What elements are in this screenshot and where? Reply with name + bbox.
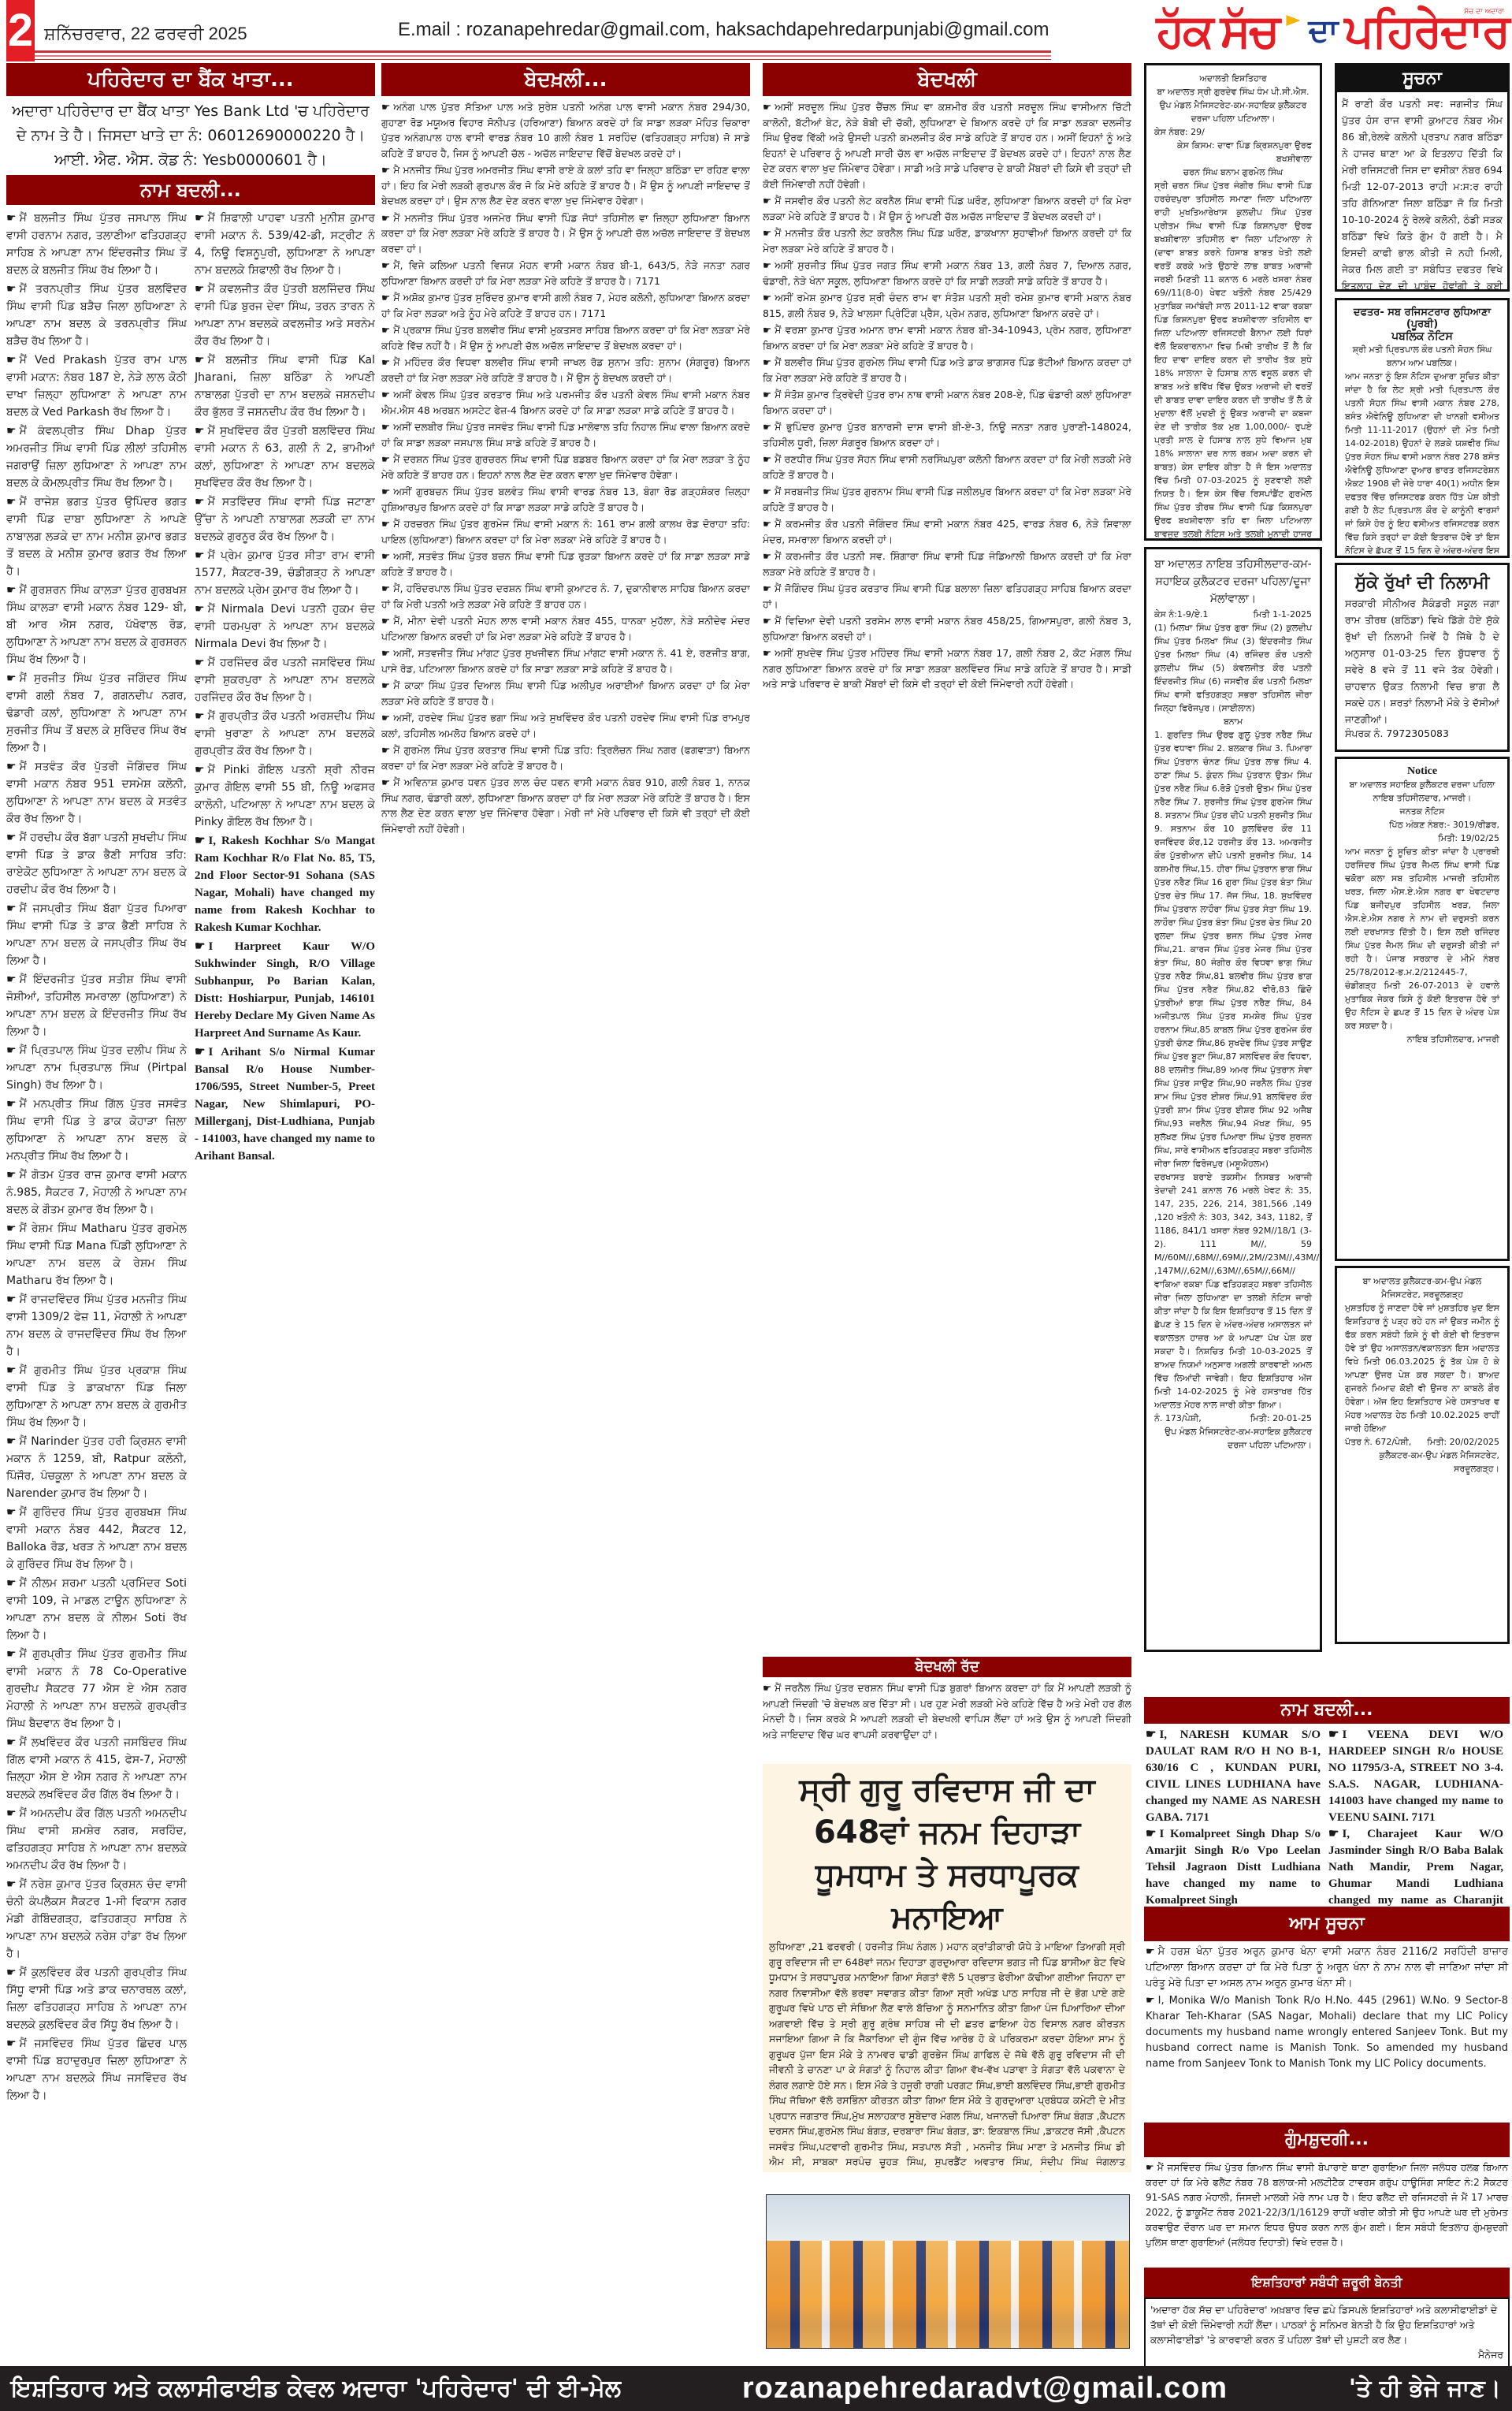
- pointing-hand-icon: ☛: [195, 283, 205, 296]
- list-item: ☛ਮੈਂ Nirmala Devi ਪਤਨੀ ਹੁਕਮ ਚੰਦ ਵਾਸੀ ਧਰਮ…: [195, 601, 375, 653]
- list-item: ☛ਮੈ ਮਨਜੀਤ ਸਿੰਘ ਪੁੱਤਰ ਅਮਰਜੀਤ ਸਿੰਘ ਵਾਸੀ ਰਾ…: [381, 162, 750, 209]
- list-item: ☛ਮੈਂ ਗੁਰਪ੍ਰੀਤ ਕੌਰ ਪਤਨੀ ਅਰਸ਼ਦੀਪ ਸਿੰਘ ਵਾਸੀ…: [195, 708, 375, 760]
- list-item: ☛ਅਸੀਂ, ਸਤਵਜੀਤ ਸਿੰਘ ਮਾਂਗਟ ਪੁੱਤਰ ਸੁਖਜੀਵਨ ਸ…: [381, 646, 750, 676]
- list-item: ☛ਮੈਂ ਅਸ਼ੋਕ ਕੁਮਾਰ ਪੁੱਤਰ ਸੁਰਿੰਦਰ ਕੁਮਾਰ ਵਾਸ…: [381, 290, 750, 321]
- list-item: ☛ਮੈਂ ਗੁਰਮੀਤ ਸਿੰਘ ਪੁੱਤਰ ਪ੍ਰਕਾਸ਼ ਸਿੰਘ ਵਾਸੀ…: [6, 1362, 187, 1431]
- soochna-notice: ਸੂਚਨਾ ਮੈਂ ਰਾਣੀ ਕੌਰ ਪਤਨੀ ਸਵ: ਜਗਜੀਤ ਸਿੰਘ ਪ…: [1335, 63, 1510, 292]
- pointing-hand-icon: ☛: [763, 1682, 771, 1694]
- court-notice-2: ਬਾ ਅਦਾਲਤ ਨਾਇਬ ਤਹਿਸੀਲਦਾਰ-ਕਮ-ਸਹਾਇਕ ਕੁਲੈਕਟਰ…: [1144, 547, 1322, 1652]
- disinheritance-list: ☛ਅਨੰਗ ਪਾਲ ਪੁੱਤਰ ਸੱਤਿਆ ਪਾਲ ਅਤੇ ਸੁਰੇਸ਼ ਪਤਨ…: [381, 96, 750, 2358]
- news-photo: [766, 2194, 1130, 2349]
- court-notice-majri: Notice ਬਾ ਅਦਾਲਤ ਸਹਾਇਕ ਕੁਲੈਕਟਰ ਦਰਜਾ ਪਹਿਲਾ…: [1335, 757, 1510, 1261]
- section-header-bank: ਪਹਿਰੇਦਾਰ ਦਾ ਬੈਂਕ ਖਾਤਾ...: [6, 63, 375, 96]
- section-header-disinheritance-2: ਬੇਦਖਲੀ: [763, 63, 1131, 96]
- pointing-hand-icon: ☛: [763, 101, 771, 113]
- list-item: ☛ਮੈਂ ਬਲਜੀਤ ਸਿੰਘ ਪੁੱਤਰ ਜਸਪਾਲ ਸਿੰਘ ਵਾਸੀ ਹਰ…: [6, 210, 187, 279]
- pointing-hand-icon: ☛: [195, 354, 205, 366]
- list-item: ☛ਮੈਂ ਗੋਤਮ ਪੁੱਤਰ ਰਾਜ ਕੁਮਾਰ ਵਾਸੀ ਮਕਾਨ ਨੰ.9…: [6, 1166, 187, 1219]
- pointing-hand-icon: ☛: [6, 1435, 17, 1448]
- pointing-hand-icon: ☛: [763, 550, 771, 562]
- list-item: ☛ਮੈਂ Narinder ਪੁੱਤਰ ਹਰੀ ਕ੍ਰਿਸ਼ਨ ਵਾਸੀ ਮਕਾ…: [6, 1433, 187, 1502]
- pointing-hand-icon: ☛: [6, 902, 17, 915]
- pointing-hand-icon: ☛: [381, 292, 390, 303]
- list-item: ☛ਮੈਂ ਜਸਵਿੰਦਰ ਸਿੰਘ ਪੁੱਤਰ ਛਿੰਦਰ ਪਾਲ ਵਾਸੀ ਪ…: [6, 2035, 187, 2104]
- list-item: ☛ਮੈਂ ਕਰਮਜੀਤ ਕੌਰ ਪਤਨੀ ਸਵ. ਸ਼ਿੰਗਾਰਾ ਸਿੰਘ ਵ…: [763, 549, 1131, 579]
- pointing-hand-icon: ☛: [195, 710, 205, 723]
- footer-email-link[interactable]: rozanapehredaradvt@gmail.com: [742, 2372, 1228, 2405]
- pointing-hand-icon: ☛: [6, 212, 17, 225]
- list-item: ☛ਮੈਂ ਸਰਬਜੀਤ ਸਿੰਘ ਪੁੱਤਰ ਗੁਰਨਾਮ ਸਿੰਘ ਵਾਸੀ …: [763, 484, 1131, 515]
- pointing-hand-icon: ☛: [1328, 1828, 1339, 1840]
- list-item: ☛ਮੈ ਹਰਸ਼ ਖੰਨਾ ਪੁੱਤਰ ਅਰੁਨ ਕੁਮਾਰ ਖੰਨਾ ਵਾਸੀ…: [1146, 1944, 1508, 1992]
- pointing-hand-icon: ☛: [195, 212, 205, 225]
- pointing-hand-icon: ☛: [381, 389, 390, 400]
- list-item: ☛I Arihant S/o Nirmal Kumar Bansal R/o H…: [195, 1044, 375, 1165]
- pointing-hand-icon: ☛: [763, 647, 771, 659]
- list-item: ☛ਮੈਂ ਨਰੇਸ਼ ਕੁਮਾਰ ਪੁੱਤਰ ਕ੍ਰਿਸ਼ਨ ਚੰਦ ਵਾਸੀ …: [6, 1876, 187, 1963]
- pointing-hand-icon: ☛: [6, 832, 17, 844]
- list-item: ☛ਮੈਂ ਸੁਰਜੀਤ ਸਿੰਘ ਪੁੱਤਰ ਜਗਿੰਦਰ ਸਿੰਘ ਵਾਸੀ …: [6, 670, 187, 757]
- column-disinheritance-2: ਬੇਦਖਲੀ ☛ਅਸੀਂ ਸਰਦੂਲ ਸਿੰਘ ਪੁੱਤਰ ਚੈਂਚਲ ਸਿੰਘ…: [763, 63, 1131, 2172]
- pointing-hand-icon: ☛: [6, 1222, 17, 1235]
- list-item: ☛I Harpreet Kaur W/O Sukhwinder Singh, R…: [195, 938, 375, 1042]
- list-item: ☛ਮੈਂ ਸੰਤੋਸ਼ ਕੁਮਾਰ ਤ੍ਰਿਵੇਦੀ ਪੁੱਤਰ ਰਾਮ ਨਾਥ…: [763, 387, 1131, 418]
- pointing-hand-icon: ☛: [195, 1046, 205, 1059]
- nishan-sahib-flag-icon: [1286, 15, 1300, 47]
- pointing-hand-icon: ☛: [381, 615, 390, 627]
- news-body: ਲੁਧਿਆਣਾ ,21 ਫਰਵਰੀ ( ਹਰਜੀਤ ਸਿੰਘ ਨੰਗਲ ) ਮਹ…: [769, 1939, 1125, 2172]
- pointing-hand-icon: ☛: [763, 615, 771, 627]
- pointing-hand-icon: ☛: [6, 1098, 17, 1111]
- list-item: ☛ਮੈਂ ਕਵਲਜੀਤ ਕੌਰ ਪੁੱਤਰੀ ਬਲਜਿੰਦਰ ਸਿੰਘ ਵਾਸੀ…: [195, 281, 375, 350]
- list-item: ☛ਮੈਂ ਅਮਨਦੀਪ ਕੌਰ ਗਿੱਲ ਪਤਨੀ ਅਮਨਦੀਪ ਸਿੰਘ ਵਾ…: [6, 1805, 187, 1874]
- pointing-hand-icon: ☛: [381, 647, 390, 659]
- pointing-hand-icon: ☛: [381, 453, 390, 465]
- pointing-hand-icon: ☛: [763, 292, 771, 303]
- pointing-hand-icon: ☛: [6, 354, 17, 366]
- column-name-change: ਪਹਿਰੇਦਾਰ ਦਾ ਬੈਂਕ ਖਾਤਾ... ਅਦਾਰਾ ਪਹਿਰੇਦਾਰ …: [6, 63, 375, 2353]
- list-item: ☛ਮੈਂ ਰਾਜੇਸ਼ ਭਗਤ ਪੁੱਤਰ ਉਪਿੰਦਰ ਭਗਤ ਵਾਸੀ ਪਿ…: [6, 493, 187, 580]
- name-change-list-left: ☛ਮੈਂ ਬਲਜੀਤ ਸਿੰਘ ਪੁੱਤਰ ਜਸਪਾਲ ਸਿੰਘ ਵਾਸੀ ਹਰ…: [6, 210, 187, 2353]
- pointing-hand-icon: ☛: [6, 1169, 17, 1181]
- pointing-hand-icon: ☛: [195, 764, 205, 776]
- court-notice-sardulgarh: ਬਾ ਅਦਾਲਤ ਕੁਲੈਕਟਰ-ਕਮ-ਉਪ ਮੰਡਲ ਮੈਜਿਸਟਰੇਟ, ਸ…: [1335, 1266, 1510, 1644]
- english-name-change-right: ☛I VEENA DEVI W/O HARDEEP SINGH R/o HOUS…: [1328, 1727, 1503, 1903]
- pointing-hand-icon: ☛: [6, 584, 17, 597]
- list-item: ☛ਮੈਂ ਕੁਲਵਿੰਦਰ ਕੌਰ ਪਤਨੀ ਗੁਰਪ੍ਰੀਤ ਸਿੰਘ ਸਿੱ…: [6, 1964, 187, 2033]
- pointing-hand-icon: ☛: [1328, 1728, 1339, 1741]
- pointing-hand-icon: ☛: [763, 324, 771, 336]
- footer-suffix: 'ਤੇ ਹੀ ਭੇਜੇ ਜਾਣ।: [1349, 2375, 1501, 2402]
- list-item: ☛ਮੈਂ ਅਵਿਨਾਸ਼ ਕੁਮਾਰ ਧਵਨ ਪੁੱਤਰ ਲਾਲ ਚੰਦ ਧਵਨ…: [381, 775, 750, 836]
- list-item: ☛ਮੈਂ ਸਤਵਿੰਦਰ ਸਿੰਘ ਵਾਸੀ ਪਿੰਡ ਜਟਾਣਾ ਉੱਚਾ ਨ…: [195, 493, 375, 545]
- page-number: 2: [6, 0, 35, 61]
- pointing-hand-icon: ☛: [381, 582, 390, 594]
- list-item: ☛ਮੈਂ ਪ੍ਰਿਤਪਾਲ ਸਿੰਘ ਪੁੱਤਰ ਦਲੀਪ ਸਿੰਘ ਨੇ ਆਪ…: [6, 1042, 187, 1094]
- list-item: ☛ਮੈਂ ਇੰਦਰਜੀਤ ਪੁੱਤਰ ਸਤੀਸ਼ ਸਿੰਘ ਵਾਸੀ ਜੋਸ਼ੀ…: [6, 971, 187, 1040]
- list-item: ☛I, Monika W/o Manish Tonk R/o H.No. 445…: [1146, 1993, 1508, 2072]
- list-item: ☛ਮੈਂ ਗੁਰਸ਼ਰਨ ਸਿੰਘ ਕਾਲੜਾ ਪੁੱਤਰ ਗੁਰਬਖਸ਼ ਸਿ…: [6, 582, 187, 668]
- missing-notice-text: ☛ਮੈਂ ਜਸਵਿੰਦਰ ਸਿੰਘ ਪੁੱਤਰ ਗਿਆਨ ਸਿੰਘ ਵਾਸੀ ਬ…: [1144, 2157, 1510, 2268]
- pointing-hand-icon: ☛: [6, 1878, 17, 1891]
- list-item: ☛I, Charajeet Kaur W/O Jasminder Singh R…: [1328, 1826, 1503, 1907]
- pointing-hand-icon: ☛: [763, 421, 771, 433]
- list-item: ☛ਮੈਂ ਮਨਜੀਤ ਸਿੰਘ ਪੁੱਤਰ ਅਜਮੇਰ ਸਿੰਘ ਵਾਸੀ ਪਿ…: [381, 210, 750, 257]
- pointing-hand-icon: ☛: [381, 101, 390, 113]
- list-item: ☛ਮੈਂ ਲਖਵਿੰਦਰ ਕੌਰ ਪਤਨੀ ਜਸਬਿੰਦਰ ਸਿੰਘ ਗਿੱਲ …: [6, 1734, 187, 1803]
- list-item: ☛ਮੈਂ ਕਾਕਾ ਸਿੰਘ ਪੁੱਤਰ ਦਿਆਲ ਸਿੰਘ ਵਾਸੀ ਪਿੰਡ…: [381, 678, 750, 709]
- pointing-hand-icon: ☛: [195, 940, 205, 953]
- pointing-hand-icon: ☛: [195, 657, 205, 669]
- court-notice-1: ਅਦਾਲਤੀ ਇਸ਼ਤਿਹਾਰ ਬਾ ਅਦਾਲਤ ਸ੍ਰੀ ਗੁਰਦੇਵ ਸਿੰ…: [1144, 63, 1322, 541]
- section-header-name-change: ਨਾਮ ਬਦਲੀ...: [6, 175, 375, 205]
- newspaper-logo: ਹੱਕ ਸੱਚ ਦਾ ਪਹਿਰੇਦਾਰ ਸੱਚ ਦਾ ਅਦਾਰਾ: [1060, 3, 1509, 58]
- pointing-hand-icon: ☛: [381, 259, 390, 271]
- list-item: ☛ਅਸੀਂ ਕੇਵਲ ਸਿੰਘ ਪੁੱਤਰ ਕਰਤਾਰ ਸਿੰਘ ਅਤੇ ਪਰਮ…: [381, 387, 750, 418]
- list-item: ☛ਮੈਂ ਕੰਵਲਪ੍ਰੀਤ ਸਿੰਘ Dhap ਪੁੱਤਰ ਅਮਰਜੀਤ ਸਿ…: [6, 422, 187, 492]
- list-item: ☛ਮੈਂ ਨੀਲਮ ਸ਼ਰਮਾ ਪਤਨੀ ਪ੍ਰਮਿੰਦਰ Soti ਵਾਸੀ …: [6, 1575, 187, 1644]
- header-rule: [35, 55, 1051, 57]
- pointing-hand-icon: ☛: [6, 1293, 17, 1306]
- list-item: ☛ਅਸੀਂ ਗੁਰਬਚਨ ਸਿੰਘ ਪੁੱਤਰ ਬਲਵੰਤ ਸਿੰਘ ਵਾਸੀ …: [381, 484, 750, 515]
- pointing-hand-icon: ☛: [763, 389, 771, 400]
- pointing-hand-icon: ☛: [381, 712, 390, 724]
- masthead: 2 ਸ਼ਨਿੱਚਰਵਾਰ, 22 ਫਰਵਰੀ 2025 E.mail : roz…: [0, 0, 1512, 61]
- list-item: ☛ਮੈਂ Pinki ਗੋਇਲ ਪਤਨੀ ਸ਼੍ਰੀ ਨੀਰਜ ਕੁਮਾਰ ਗੋ…: [195, 761, 375, 831]
- list-item: ☛I, Rakesh Kochhar S/o Mangat Ram Kochha…: [195, 832, 375, 936]
- list-item: ☛ਮੈਂ ਕਰਮਜੀਤ ਕੌਰ ਪਤਨੀ ਜੋਗਿੰਦਰ ਸਿੰਘ ਵਾਸੀ ਮ…: [763, 516, 1131, 547]
- pointing-hand-icon: ☛: [6, 2037, 17, 2050]
- column-disinheritance: ਬੇਦਖ਼ਲੀ... ☛ਅਨੰਗ ਪਾਲ ਪੁੱਤਰ ਸੱਤਿਆ ਪਾਲ ਅਤੇ…: [381, 63, 750, 2358]
- list-item: ☛ਮੈਂ Ved Prakash ਪੁੱਤਰ ਰਾਮ ਪਾਲ ਵਾਸੀ ਮਕਾਨ…: [6, 352, 187, 421]
- pointing-hand-icon: ☛: [6, 1736, 17, 1749]
- list-item: ☛ਮੈਂ, ਵਿਜੇ ਕਲਿਆ ਪਤਨੀ ਵਿਜਯ ਮੋਹਨ ਵਾਸੀ ਮਕਾਨ…: [381, 258, 750, 288]
- section-header-general-notice: ਆਮ ਸੂਚਨਾ: [1144, 1907, 1510, 1941]
- list-item: ☛ਮੈਂ ਰਾਜਦਵਿੰਦਰ ਸਿੰਘ ਪੁੱਤਰ ਮਨਜੀਤ ਸਿੰਘ ਵਾਸ…: [6, 1291, 187, 1360]
- list-item: ☛ਮੈਂ ਗੁਰਮੇਲ ਸਿੰਘ ਪੁੱਤਰ ਕਰਤਾਰ ਸਿੰਘ ਵਾਸੀ ਪ…: [381, 742, 750, 773]
- pointing-hand-icon: ☛: [381, 421, 390, 433]
- list-item: ☛ਮੈਂ ਰਣਧੀਰ ਸਿੰਘ ਪੁੱਤਰ ਸੋਹਨ ਸਿੰਘ ਵਾਸੀ ਨਰਸ…: [763, 452, 1131, 482]
- section-header-revocation: ਬੇਦਖਲੀ ਰੱਦ: [763, 1657, 1131, 1677]
- pointing-hand-icon: ☛: [6, 1648, 17, 1661]
- logo-tagline: ਸੱਚ ਦਾ ਅਦਾਰਾ: [1464, 8, 1504, 16]
- list-item: ☛ਮੈਂ ਸਤਵੰਤ ਕੌਰ ਪੁੱਤਰੀ ਜੋਗਿੰਦਰ ਸਿੰਘ ਵਾਸੀ …: [6, 758, 187, 828]
- pointing-hand-icon: ☛: [763, 356, 771, 368]
- name-change-list-right: ☛ਮੈਂ ਸ਼ਿਫਾਲੀ ਪਾਹਵਾ ਪਤਨੀ ਮੁਨੀਸ਼ ਕੁਮਾਰ ਵਾਸ…: [195, 210, 375, 2353]
- section-header-name-change-english: ਨਾਮ ਬਦਲੀ...: [1144, 1697, 1510, 1724]
- pointing-hand-icon: ☛: [6, 973, 17, 986]
- list-item: ☛ਮੈਂ ਜਸਪ੍ਰੀਤ ਸਿੰਘ ਬੱਗਾ ਪੁੱਤਰ ਪਿਆਰਾ ਸਿੰਘ …: [6, 900, 187, 969]
- pointing-hand-icon: ☛: [381, 550, 390, 562]
- disclaimer-box: 'ਅਦਾਰਾ ਹੱਕ ਸੱਚ ਦਾ ਪਹਿਰੇਦਾਰ' ਅਖ਼ਬਾਰ ਵਿਚ ਛ…: [1144, 2298, 1510, 2376]
- contact-emails: E.mail : rozanapehredar@gmail.com, haksa…: [398, 19, 1049, 41]
- pointing-hand-icon: ☛: [6, 496, 17, 508]
- pointing-hand-icon: ☛: [195, 425, 205, 437]
- list-item: ☛ਮੈਂ ਗੁਰਿੰਦਰ ਸਿੰਘ ਪੁੱਤਰ ਗੁਰਬਖਸ਼ ਸਿੰਘ ਵਾਸ…: [6, 1504, 187, 1573]
- list-item: ☛ਅਸੀਂ ਸੁਖਦੇਵ ਸਿੰਘ ਪੁੱਤਰ ਮਹਿੰਦਰ ਸਿੰਘ ਵਾਸੀ…: [763, 646, 1131, 692]
- list-item: ☛ਮੈਂ ਹਰਚਰਨ ਸਿੰਘ ਪੁੱਤਰ ਗੁਰਮੇਜ ਸਿੰਘ ਵਾਸੀ ਮ…: [381, 516, 750, 547]
- pointing-hand-icon: ☛: [6, 425, 17, 437]
- column-court-notices: ਅਦਾਲਤੀ ਇਸ਼ਤਿਹਾਰ ਬਾ ਅਦਾਲਤ ਸ੍ਰੀ ਗੁਰਦੇਵ ਸਿੰ…: [1144, 63, 1322, 1652]
- list-item: ☛ਅਸੀਂ ਸਰਦੂਲ ਸਿੰਘ ਪੁੱਤਰ ਚੈਂਚਲ ਸਿੰਘ ਵਾ ਕਸ਼…: [763, 99, 1131, 192]
- pointing-hand-icon: ☛: [1146, 2162, 1154, 2173]
- list-item: ☛I, NARESH KUMAR S/O DAULAT RAM R/O H NO…: [1146, 1727, 1321, 1826]
- pointing-hand-icon: ☛: [1146, 1828, 1156, 1840]
- list-item: ☛I VEENA DEVI W/O HARDEEP SINGH R/o HOUS…: [1328, 1727, 1503, 1826]
- pointing-hand-icon: ☛: [6, 1364, 17, 1377]
- list-item: ☛ਮੈਂ ਤਰਨਪ੍ਰੀਤ ਸਿੰਘ ਪੁੱਤਰ ਬਲਵਿੰਦਰ ਸਿੰਘ ਵਾ…: [6, 281, 187, 350]
- list-item: ☛ਮੈਂ ਪ੍ਰਕਾਸ਼ ਸਿੰਘ ਪੁੱਤਰ ਬਲਵੀਰ ਸਿੰਘ ਵਾਸੀ …: [381, 322, 750, 353]
- list-item: ☛ਮੈਂ ਵਿਦਿਆ ਦੇਵੀ ਪਤਨੀ ਤਰਸੇਮ ਲਾਲ ਵਾਸੀ ਮਕਾਨ…: [763, 613, 1131, 644]
- header-rule: [35, 59, 1051, 60]
- pointing-hand-icon: ☛: [195, 603, 205, 616]
- pointing-hand-icon: ☛: [381, 679, 390, 691]
- list-item: ☛ਮੈਂ ਮਹਿੰਦਰ ਕੌਰ ਵਿਧਵਾ ਬਲਵੀਰ ਸਿੰਘ ਵਾਸੀ ਜਾ…: [381, 355, 750, 385]
- list-item: ☛ਮੈਂ ਜੋਗਿੰਦਰ ਸਿੰਘ ਪੁੱਤਰ ਕਰਤਾਰ ਸਿੰਘ ਵਾਸੀ …: [763, 581, 1131, 612]
- pointing-hand-icon: ☛: [195, 835, 205, 847]
- pointing-hand-icon: ☛: [1146, 1946, 1155, 1958]
- pointing-hand-icon: ☛: [381, 486, 390, 497]
- list-item: ☛ਅਸੀਂ ਸੁਰਜੀਤ ਸਿੰਘ ਪੁੱਤਰ ਜਗਤ ਸਿੰਘ ਵਾਸੀ ਮਕ…: [763, 258, 1131, 288]
- section-header-disclaimer: ਇਸ਼ਤਿਹਾਰਾਂ ਸਬੰਧੀ ਜ਼ਰੂਰੀ ਬੇਨਤੀ: [1144, 2268, 1510, 2298]
- pointing-hand-icon: ☛: [381, 356, 390, 368]
- pointing-hand-icon: ☛: [381, 212, 390, 224]
- tree-auction-notice: ਸੁੱਕੇ ਰੁੱਖਾਂ ਦੀ ਨਿਲਾਮੀ ਸਰਕਾਰੀ ਸੀਨੀਅਰ ਸੈਕ…: [1335, 563, 1510, 752]
- pointing-hand-icon: ☛: [6, 283, 17, 296]
- english-name-change-left: ☛I, NARESH KUMAR S/O DAULAT RAM R/O H NO…: [1146, 1727, 1321, 1903]
- right-bottom-section: ਨਾਮ ਬਦਲੀ... ☛I, NARESH KUMAR S/O DAULAT …: [1144, 1697, 1510, 2376]
- list-item: ☛ਮੈਂ ਗੁਰਪ੍ਰੀਤ ਸਿੰਘ ਪੁੱਤਰ ਗੁਰਮੀਤ ਸਿੰਘ ਵਾਸ…: [6, 1646, 187, 1732]
- list-item: ☛ਅਨੰਗ ਪਾਲ ਪੁੱਤਰ ਸੱਤਿਆ ਪਾਲ ਅਤੇ ਸੁਰੇਸ਼ ਪਤਨ…: [381, 99, 750, 161]
- pointing-hand-icon: ☛: [763, 486, 771, 497]
- pointing-hand-icon: ☛: [763, 518, 771, 530]
- pointing-hand-icon: ☛: [763, 259, 771, 271]
- header-rule: [35, 50, 1051, 53]
- bank-account-info: ਅਦਾਰਾ ਪਹਿਰੇਦਾਰ ਦਾ ਬੈਂਕ ਖਾਤਾ Yes Bank Ltd…: [6, 96, 375, 175]
- list-item: ☛ਅਸੀਂ ਰਮੇਸ਼ ਕੁਮਾਰ ਪੁੱਤਰ ਸ਼੍ਰੀ ਚੰਦਨ ਰਾਮ ਵ…: [763, 290, 1131, 321]
- pointing-hand-icon: ☛: [381, 164, 390, 176]
- pointing-hand-icon: ☛: [6, 1506, 17, 1519]
- general-notice-list: ☛ਮੈ ਹਰਸ਼ ਖੰਨਾ ਪੁੱਤਰ ਅਰੁਨ ਕੁਮਾਰ ਖੰਨਾ ਵਾਸੀ…: [1144, 1941, 1510, 2123]
- news-headline: ਸ੍ਰੀ ਗੁਰੂ ਰਵਿਦਾਸ ਜੀ ਦਾ 648ਵਾਂ ਜਨਮ ਦਿਹਾੜਾ…: [769, 1769, 1125, 1939]
- pointing-hand-icon: ☛: [1146, 1995, 1155, 2007]
- disinheritance-list-2: ☛ਅਸੀਂ ਸਰਦੂਲ ਸਿੰਘ ਪੁੱਤਰ ਚੈਂਚਲ ਸਿੰਘ ਵਾ ਕਸ਼…: [763, 96, 1131, 1657]
- list-item: ☛ਮੈਂ ਪ੍ਰੇਮ ਕੁਮਾਰ ਪੁੱਤਰ ਸੀਤਾ ਰਾਮ ਵਾਸੀ 157…: [195, 547, 375, 599]
- section-header-disinheritance: ਬੇਦਖ਼ਲੀ...: [381, 63, 750, 96]
- pointing-hand-icon: ☛: [763, 227, 771, 239]
- column-public-notices: ਸੂਚਨਾ ਮੈਂ ਰਾਣੀ ਕੌਰ ਪਤਨੀ ਸਵ: ਜਗਜੀਤ ਸਿੰਘ ਪ…: [1335, 63, 1510, 1644]
- footer-banner: ਇਸ਼ਤਿਹਾਰ ਅਤੇ ਕਲਾਸੀਫਾਈਡ ਕੇਵਲ ਅਦਾਰਾ 'ਪਹਿਰੇ…: [0, 2366, 1512, 2411]
- list-item: ☛ਮੈਂ ਦਰਸ਼ਨ ਸਿੰਘ ਪੁੱਤਰ ਗੁਰਚਰਨ ਸਿੰਘ ਵਾਸੀ ਪ…: [381, 452, 750, 482]
- pointing-hand-icon: ☛: [195, 549, 205, 562]
- pointing-hand-icon: ☛: [381, 324, 390, 336]
- pointing-hand-icon: ☛: [6, 1966, 17, 1979]
- list-item: ☛ਮੈਂ ਬਲਜੀਤ ਸਿੰਘ ਵਾਸੀ ਪਿੰਡ Kal Jharani, ਜ…: [195, 352, 375, 421]
- pointing-hand-icon: ☛: [763, 582, 771, 594]
- list-item: ☛ਮੈਂ ਸ਼ਿਫਾਲੀ ਪਾਹਵਾ ਪਤਨੀ ਮੁਨੀਸ਼ ਕੁਮਾਰ ਵਾਸ…: [195, 210, 375, 279]
- revocation-text: ☛ਮੈਂ ਜਰਨੈਲ ਸਿੰਘ ਪੁੱਤਰ ਦਰਸ਼ਨ ਸਿੰਘ ਵਾਸੀ ਪਿ…: [763, 1677, 1131, 1764]
- list-item: ☛ਮੈਂ ਹਰਦੀਪ ਕੌਰ ਬੱਗਾ ਪਤਨੀ ਸੁਖਦੀਪ ਸਿੰਘ ਵਾਸ…: [6, 829, 187, 899]
- pointing-hand-icon: ☛: [6, 761, 17, 773]
- list-item: ☛ਮੈਂ ਹਰਜਿੰਦਰ ਕੌਰ ਪਤਨੀ ਜਸਵਿੰਦਰ ਸਿੰਘ ਵਾਸੀ …: [195, 654, 375, 706]
- pointing-hand-icon: ☛: [381, 518, 390, 530]
- public-notice-sub-registrar: ਦਫਤਰ- ਸਬ ਰਜਿਸਟਰਾਰ ਲੁਧਿਆਣਾ (ਪੂਰਬੀ) ਪਬਲਿਕ …: [1335, 298, 1510, 558]
- pointing-hand-icon: ☛: [6, 1044, 17, 1057]
- pointing-hand-icon: ☛: [6, 1807, 17, 1820]
- list-item: ☛ਅਸੀਂ, ਸਤਵੰਤ ਸਿੰਘ ਪੁੱਤਰ ਬਚਨ ਸਿੰਘ ਵਾਸੀ ਪਿ…: [381, 549, 750, 579]
- list-item: ☛ਮੈਂ ਭੁਪਿੰਦਰ ਕੁਮਾਰ ਪੁੱਤਰ ਬਨਾਰਸੀ ਦਾਸ ਵਾਸੀ…: [763, 419, 1131, 450]
- list-item: ☛ਅਸੀਂ, ਹਰਦੇਵ ਸਿੰਘ ਪੁੱਤਰ ਭਗਾ ਸਿੰਘ ਅਤੇ ਸੁਖ…: [381, 710, 750, 741]
- pointing-hand-icon: ☛: [6, 1577, 17, 1590]
- pointing-hand-icon: ☛: [381, 744, 390, 756]
- list-item: ☛ਮੈਂ, ਹਰਿੰਦਰਪਾਲ ਸਿੰਘ ਪੁੱਤਰ ਦਰਸ਼ਨ ਸਿੰਘ ਵਾ…: [381, 581, 750, 612]
- list-item: ☛ਮੈਂ, ਮੀਨਾ ਦੇਵੀ ਪਤਨੀ ਮੋਹਨ ਲਾਲ ਵਾਸੀ ਮਕਾਨ …: [381, 613, 750, 644]
- list-item: ☛ਮੈਂ ਬਲਵੀਰ ਸਿੰਘ ਪੁੱਤਰ ਗੁਰਮੇਲ ਸਿੰਘ ਵਾਸੀ ਪ…: [763, 355, 1131, 385]
- footer-text: ਇਸ਼ਤਿਹਾਰ ਅਤੇ ਕਲਾਸੀਫਾਈਡ ਕੇਵਲ ਅਦਾਰਾ 'ਪਹਿਰੇ…: [11, 2375, 621, 2402]
- news-article[interactable]: ਸ੍ਰੀ ਗੁਰੂ ਰਵਿਦਾਸ ਜੀ ਦਾ 648ਵਾਂ ਜਨਮ ਦਿਹਾੜਾ…: [763, 1764, 1131, 2172]
- pointing-hand-icon: ☛: [381, 776, 390, 788]
- list-item: ☛ਮੈਂ ਵਰਸ਼ਾ ਕੁਮਾਰ ਪੁੱਤਰ ਅਮਾਨ ਰਾਮ ਵਾਸੀ ਮਕਾ…: [763, 322, 1131, 353]
- pointing-hand-icon: ☛: [195, 496, 205, 508]
- pointing-hand-icon: ☛: [1146, 1728, 1156, 1741]
- list-item: ☛ਮੈਂ ਮਨਪ੍ਰੀਤ ਸਿੰਘ ਗਿੱਲ ਪੁੱਤਰ ਜਸਵੰਤ ਸਿੰਘ …: [6, 1096, 187, 1165]
- list-item: ☛ਮੈਂ ਜਸਵੀਰ ਕੌਰ ਪਤਨੀ ਲੇਟ ਕਰਨੈਲ ਸਿੰਘ ਵਾਸੀ …: [763, 193, 1131, 224]
- list-item: ☛I Komalpreet Singh Dhap S/o Amarjit Sin…: [1146, 1826, 1321, 1907]
- pointing-hand-icon: ☛: [6, 672, 17, 685]
- section-header-missing: ਗੁੰਮਸ਼ੁਦਗੀ...: [1144, 2123, 1510, 2157]
- list-item: ☛ਅਸੀਂ ਦਲਬੀਰ ਸਿੰਘ ਪੁੱਤਰ ਜਸਵੰਤ ਸਿੰਘ ਵਾਸੀ ਪ…: [381, 419, 750, 450]
- pointing-hand-icon: ☛: [763, 453, 771, 465]
- list-item: ☛ਮੈਂ ਰੇਸ਼ਮ ਸਿੰਘ Matharu ਪੁੱਤਰ ਗੁਰਮੇਲ ਸਿੰ…: [6, 1220, 187, 1289]
- list-item: ☛ਮੈਂ ਮਨਜੀਤ ਕੌਰ ਪਤਨੀ ਲੇਟ ਕਰਨੈਲ ਸਿੰਘ ਪਿੰਡ …: [763, 225, 1131, 256]
- pointing-hand-icon: ☛: [763, 195, 771, 206]
- list-item: ☛ਮੈਂ ਸੁਖਵਿੰਦਰ ਕੌਰ ਪੁੱਤਰੀ ਬਲਵਿੰਦਰ ਸਿੰਘ ਵਾ…: [195, 422, 375, 492]
- issue-date: ਸ਼ਨਿੱਚਰਵਾਰ, 22 ਫਰਵਰੀ 2025: [44, 24, 247, 44]
